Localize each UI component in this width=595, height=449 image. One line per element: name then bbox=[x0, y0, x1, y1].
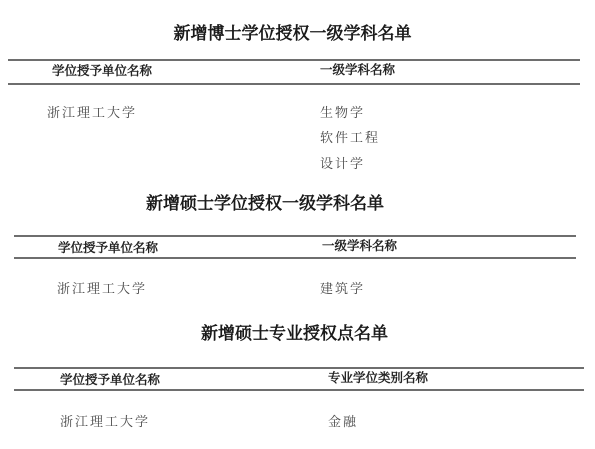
column-header-unit: 学位授予单位名称 bbox=[52, 63, 152, 79]
unit-name: 浙江理工大学 bbox=[57, 282, 147, 298]
table-top-rule bbox=[14, 235, 576, 237]
table-header-rule bbox=[14, 257, 576, 259]
discipline-name: 生物学 bbox=[320, 106, 365, 122]
discipline-name: 建筑学 bbox=[320, 282, 365, 298]
table-header-rule bbox=[14, 389, 584, 391]
column-header-category: 专业学位类别名称 bbox=[328, 370, 428, 386]
category-name: 金融 bbox=[328, 415, 358, 431]
table-top-rule bbox=[14, 367, 584, 369]
section-title: 新增硕士专业授权点名单 bbox=[201, 324, 388, 344]
table-top-rule bbox=[8, 59, 580, 61]
section-title: 新增硕士学位授权一级学科名单 bbox=[146, 194, 384, 214]
unit-name: 浙江理工大学 bbox=[60, 415, 150, 431]
table-header-rule bbox=[8, 83, 580, 85]
discipline-name: 软件工程 bbox=[320, 131, 380, 147]
section-title: 新增博士学位授权一级学科名单 bbox=[0, 24, 585, 44]
column-header-unit: 学位授予单位名称 bbox=[60, 372, 160, 388]
unit-name: 浙江理工大学 bbox=[47, 106, 137, 122]
column-header-discipline: 一级学科名称 bbox=[322, 238, 397, 254]
column-header-unit: 学位授予单位名称 bbox=[58, 240, 158, 256]
discipline-name: 设计学 bbox=[320, 157, 365, 173]
column-header-discipline: 一级学科名称 bbox=[320, 62, 395, 78]
